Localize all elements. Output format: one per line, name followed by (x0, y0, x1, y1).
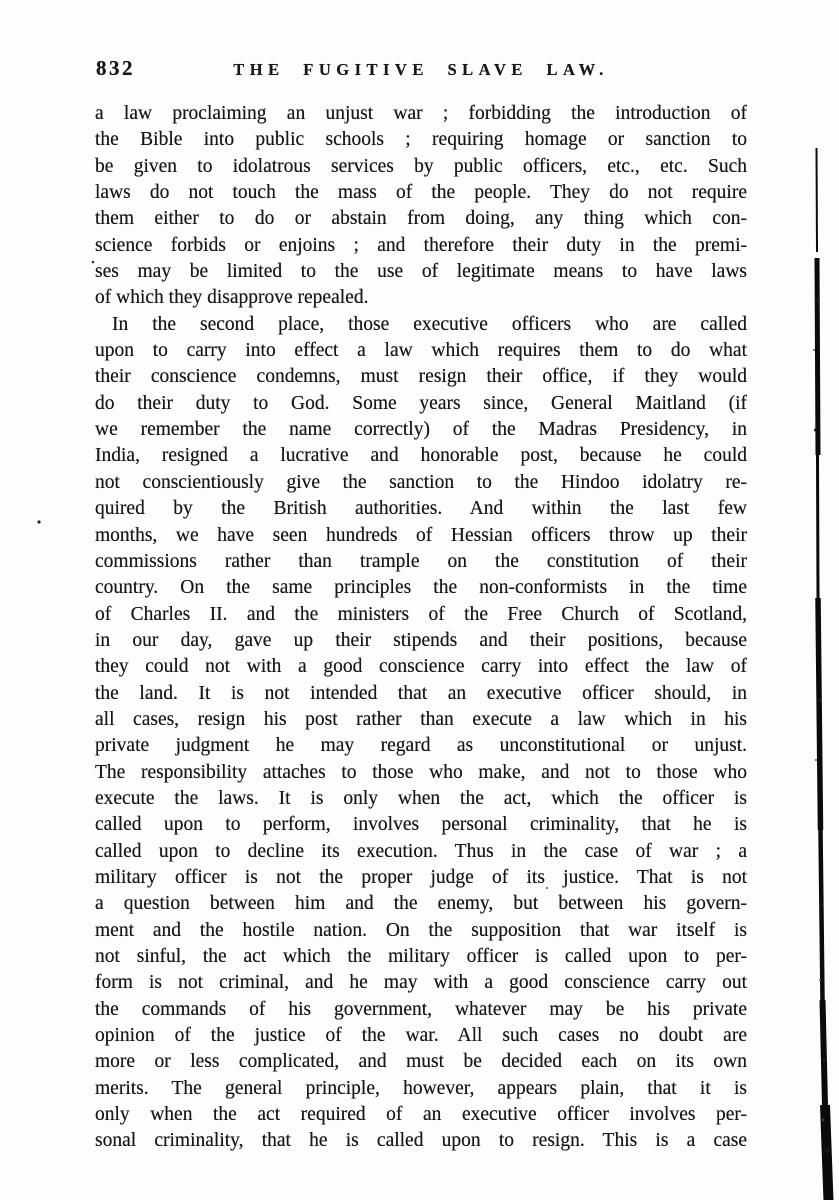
paragraph: a law proclaiming an unjust war ; forbid… (95, 101, 747, 312)
text-line: quired by the British authorities. And w… (95, 496, 747, 522)
text-line: more or less complicated, and must be de… (95, 1049, 747, 1075)
text-line: the land. It is not intended that an exe… (95, 681, 747, 707)
text-line: upon to carry into effect a law which re… (95, 338, 747, 364)
text-line: called upon to decline its execution. Th… (95, 839, 747, 865)
text-line: called upon to perform, involves persona… (95, 812, 747, 838)
text-line: they could not with a good conscience ca… (95, 654, 747, 680)
running-title: THE FUGITIVE SLAVE LAW. (95, 60, 747, 80)
text-line: laws do not touch the mass of the people… (95, 180, 747, 206)
text-line: only when the act required of an executi… (95, 1102, 747, 1128)
text-line: ment and the hostile nation. On the supp… (95, 918, 747, 944)
text-line: of Charles II. and the ministers of the … (95, 602, 747, 628)
text-line: all cases, resign his post rather than e… (95, 707, 747, 733)
text-line: of which they disapprove repealed. (95, 285, 747, 311)
text-line: form is not criminal, and he may with a … (95, 970, 747, 996)
text-line: The responsibility attaches to those who… (95, 760, 747, 786)
text-line: country. On the same principles the non-… (95, 575, 747, 601)
text-line: a question between him and the enemy, bu… (95, 891, 747, 917)
text-line: military officer is not the proper judge… (95, 865, 747, 891)
text-line: we remember the name correctly) of the M… (95, 417, 747, 443)
streak-flecks (813, 298, 830, 1153)
text-line: India, resigned a lucrative and honorabl… (95, 443, 747, 469)
text-line: a law proclaiming an unjust war ; forbid… (95, 101, 747, 127)
text-line: not sinful, the act which the military o… (95, 944, 747, 970)
text-line: science forbids or enjoins ; and therefo… (95, 233, 747, 259)
text-line: opinion of the justice of the war. All s… (95, 1023, 747, 1049)
text-line: ses may be limited to the use of legitim… (95, 259, 747, 285)
text-line: the commands of his government, whatever… (95, 997, 747, 1023)
text-line: the Bible into public schools ; requirin… (95, 127, 747, 153)
text-line: In the second place, those executive off… (95, 312, 747, 338)
text-line: execute the laws. It is only when the ac… (95, 786, 747, 812)
text-block: a law proclaiming an unjust war ; forbid… (95, 101, 747, 1155)
text-line: not conscientiously give the sanction to… (95, 470, 747, 496)
text-line: commissions rather than trample on the c… (95, 549, 747, 575)
text-line: private judgment he may regard as uncons… (95, 733, 747, 759)
right-edge-scan-streak-icon (817, 148, 829, 1200)
text-line: their conscience condemns, must resign t… (95, 364, 747, 390)
text-line: in our day, gave up their stipends and t… (95, 628, 747, 654)
book-page: 832 THE FUGITIVE SLAVE LAW. a law procla… (0, 0, 839, 1200)
text-line: be given to idolatrous services by publi… (95, 154, 747, 180)
text-line: months, we have seen hundreds of Hessian… (95, 523, 747, 549)
text-line: them either to do or abstain from doing,… (95, 206, 747, 232)
text-line: sonal criminality, that he is called upo… (95, 1128, 747, 1154)
paragraph: In the second place, those executive off… (95, 312, 747, 1155)
text-line: merits. The general principle, however, … (95, 1076, 747, 1102)
text-line: do their duty to God. Some years since, … (95, 391, 747, 417)
